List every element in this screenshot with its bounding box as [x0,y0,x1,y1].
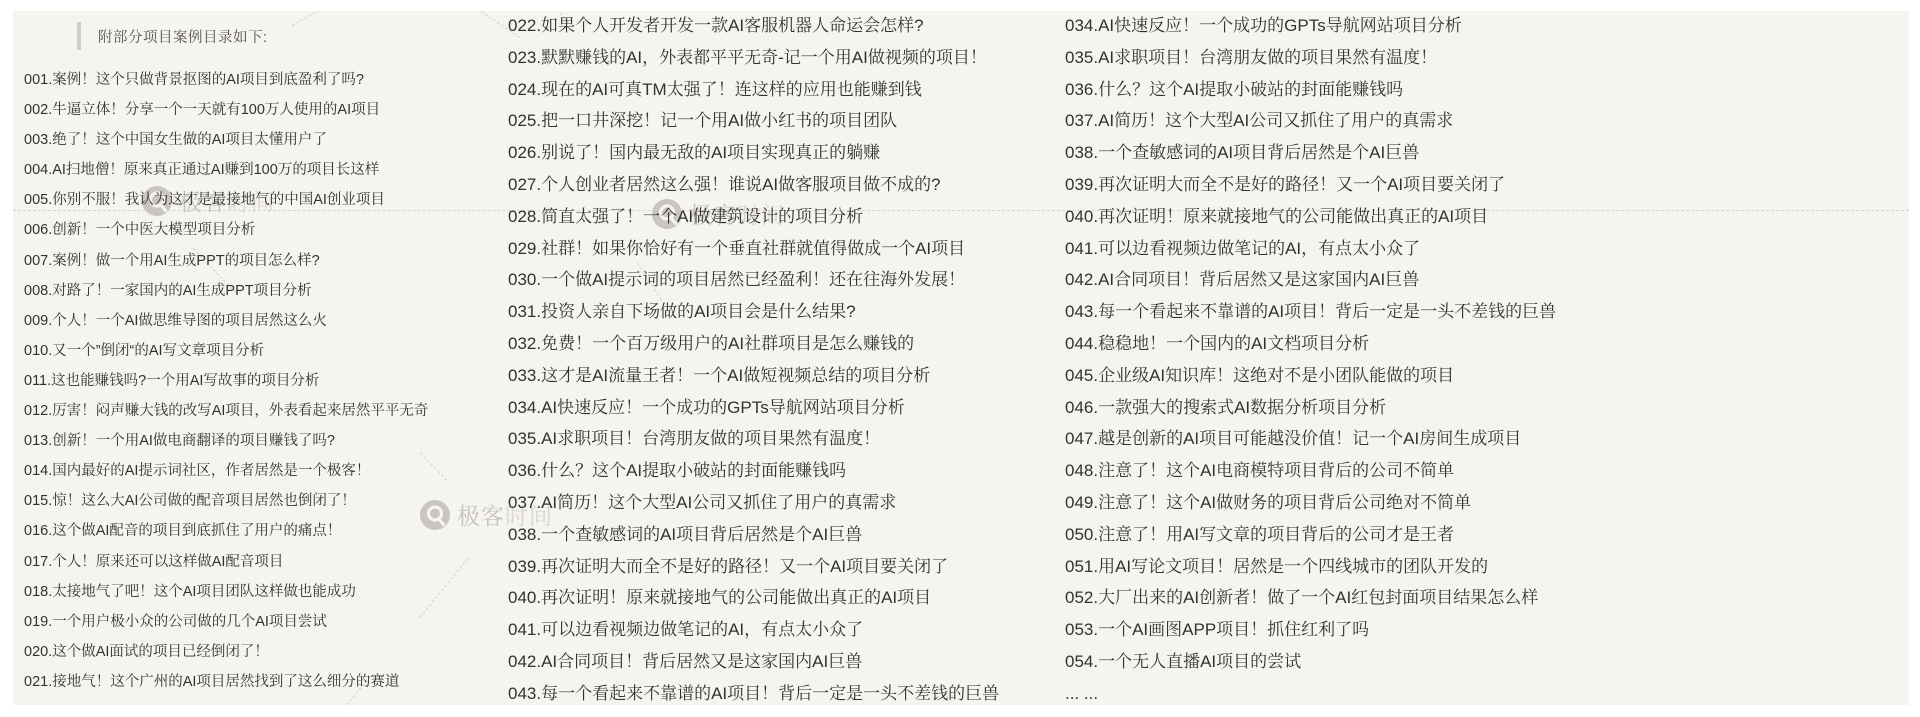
list-item: 022.如果个人开发者开发一款AI客服机器人命运会怎样? [508,11,999,42]
list-item: 010.又一个”倒闭“的AI写文章项目分析 [24,336,428,366]
list-item: 034.AI快速反应！一个成功的GPTs导航网站项目分析 [1065,11,1556,42]
project-list-column-2: 022.如果个人开发者开发一款AI客服机器人命运会怎样?023.默默赚钱的AI，… [508,11,999,705]
list-item: 021.接地气！这个广州的AI项目居然找到了这么细分的赛道 [24,667,428,697]
list-item: 006.创新！一个中医大模型项目分析 [24,215,428,245]
list-item: 016.这个做AI配音的项目到底抓住了用户的痛点！ [24,516,428,546]
list-item: 019.一个用户极小众的公司做的几个AI项目尝试 [24,607,428,637]
list-item: 028.简直太强了！一个AI做建筑设计的项目分析 [508,201,999,233]
list-item: 035.AI求职项目！台湾朋友做的项目果然有温度！ [1065,42,1556,74]
list-item: 004.AI扫地僧！原来真正通过AI赚到100万的项目长这样 [24,155,428,185]
list-item: 046.一款强大的搜索式AI数据分析项目分析 [1065,392,1556,424]
list-item: 050.注意了！用AI写文章的项目背后的公司才是王者 [1065,519,1556,551]
list-item: 035.AI求职项目！台湾朋友做的项目果然有温度！ [508,423,999,455]
list-item: 041.可以边看视频边做笔记的AI，有点太小众了 [1065,233,1556,265]
diagonal-dash-artifact [292,11,337,26]
page: 极客时间 极客时间 极客时间 附部分项目案例目录如下: 001.案例！这个只做背… [0,0,1920,717]
blockquote-bar [77,22,81,50]
list-item: 033.这才是AI流量王者！一个AI做短视频总结的项目分析 [508,360,999,392]
list-item: 043.每一个看起来不靠谱的AI项目！背后一定是一头不差钱的巨兽 [1065,296,1556,328]
list-item: 040.再次证明！原来就接地气的公司能做出真正的AI项目 [1065,201,1556,233]
project-list-column-3: 034.AI快速反应！一个成功的GPTs导航网站项目分析035.AI求职项目！台… [1065,11,1556,705]
list-item: 018.太接地气了吧！这个AI项目团队这样做也能成功 [24,577,428,607]
list-item: 030.一个做AI提示词的项目居然已经盈利！还在往海外发展！ [508,264,999,296]
list-item: 044.稳稳地！一个国内的AI文档项目分析 [1065,328,1556,360]
list-item: 023.默默赚钱的AI，外表都平平无奇-记一个用AI做视频的项目！ [508,42,999,74]
list-item: ... ... [1065,678,1556,705]
list-item: 015.惊！这么大AI公司做的配音项目居然也倒闭了！ [24,486,428,516]
list-item: 048.注意了！这个AI电商模特项目背后的公司不简单 [1065,455,1556,487]
list-item: 003.绝了！这个中国女生做的AI项目太懂用户了 [24,125,428,155]
list-item: 001.案例！这个只做背景抠图的AI项目到底盈利了吗? [24,65,428,95]
list-item: 008.对路了！一家国内的AI生成PPT项目分析 [24,276,428,306]
list-item: 025.把一口井深挖！记一个用AI做小红书的项目团队 [508,105,999,137]
section-header-label: 附部分项目案例目录如下: [98,26,268,47]
list-item: 020.这个做AI面试的项目已经倒闭了！ [24,637,428,667]
list-item: 011.这也能赚钱吗?一个用AI写故事的项目分析 [24,366,428,396]
list-item: 039.再次证明大而全不是好的路径！又一个AI项目要关闭了 [1065,169,1556,201]
project-list-column-1: 001.案例！这个只做背景抠图的AI项目到底盈利了吗?002.牛逼立体！分享一个… [24,65,428,697]
list-item: 007.案例！做一个用AI生成PPT的项目怎么样? [24,246,428,276]
list-item: 042.AI合同项目！背后居然又是这家国内AI巨兽 [508,646,999,678]
list-item: 037.AI简历！这个大型AI公司又抓住了用户的真需求 [1065,105,1556,137]
list-item: 026.别说了！国内最无敌的AI项目实现真正的躺赚 [508,137,999,169]
list-item: 043.每一个看起来不靠谱的AI项目！背后一定是一头不差钱的巨兽 [508,678,999,705]
list-item: 029.社群！如果你恰好有一个垂直社群就值得做成一个AI项目 [508,233,999,265]
list-item: 038.一个查敏感词的AI项目背后居然是个AI巨兽 [508,519,999,551]
list-item: 032.免费！一个百万级用户的AI社群项目是怎么赚钱的 [508,328,999,360]
list-item: 041.可以边看视频边做笔记的AI，有点太小众了 [508,614,999,646]
article-content: 极客时间 极客时间 极客时间 附部分项目案例目录如下: 001.案例！这个只做背… [13,11,1909,705]
list-item: 031.投资人亲自下场做的AI项目会是什么结果? [508,296,999,328]
list-item: 051.用AI写论文项目！居然是一个四线城市的团队开发的 [1065,551,1556,583]
list-item: 054.一个无人直播AI项目的尝试 [1065,646,1556,678]
list-item: 042.AI合同项目！背后居然又是这家国内AI巨兽 [1065,264,1556,296]
list-item: 034.AI快速反应！一个成功的GPTs导航网站项目分析 [508,392,999,424]
list-item: 045.企业级AI知识库！这绝对不是小团队能做的项目 [1065,360,1556,392]
section-header: 附部分项目案例目录如下: [77,20,268,52]
list-item: 013.创新！一个用AI做电商翻译的项目赚钱了吗? [24,426,428,456]
list-item: 027.个人创业者居然这么强！谁说AI做客服项目做不成的? [508,169,999,201]
list-item: 012.厉害！闷声赚大钱的改写AI项目，外表看起来居然平平无奇 [24,396,428,426]
list-item: 049.注意了！这个AI做财务的项目背后公司绝对不简单 [1065,487,1556,519]
list-item: 009.个人！一个AI做思维导图的项目居然这么火 [24,306,428,336]
list-item: 037.AI简历！这个大型AI公司又抓住了用户的真需求 [508,487,999,519]
list-item: 053.一个AI画图APP项目！抓住红利了吗 [1065,614,1556,646]
list-item: 036.什么？这个AI提取小破站的封面能赚钱吗 [508,455,999,487]
list-item: 038.一个查敏感词的AI项目背后居然是个AI巨兽 [1065,137,1556,169]
list-item: 017.个人！原来还可以这样做AI配音项目 [24,547,428,577]
list-item: 039.再次证明大而全不是好的路径！又一个AI项目要关闭了 [508,551,999,583]
list-item: 024.现在的AI可真TM太强了！连这样的应用也能赚到钱 [508,74,999,106]
list-item: 014.国内最好的AI提示词社区，作者居然是一个极客！ [24,456,428,486]
list-item: 052.大厂出来的AI创新者！做了一个AI红包封面项目结果怎么样 [1065,582,1556,614]
list-item: 036.什么？这个AI提取小破站的封面能赚钱吗 [1065,74,1556,106]
list-item: 047.越是创新的AI项目可能越没价值！记一个AI房间生成项目 [1065,423,1556,455]
list-item: 002.牛逼立体！分享一个一天就有100万人使用的AI项目 [24,95,428,125]
list-item: 005.你别不服！我认为这才是最接地气的中国AI创业项目 [24,185,428,215]
list-item: 040.再次证明！原来就接地气的公司能做出真正的AI项目 [508,582,999,614]
